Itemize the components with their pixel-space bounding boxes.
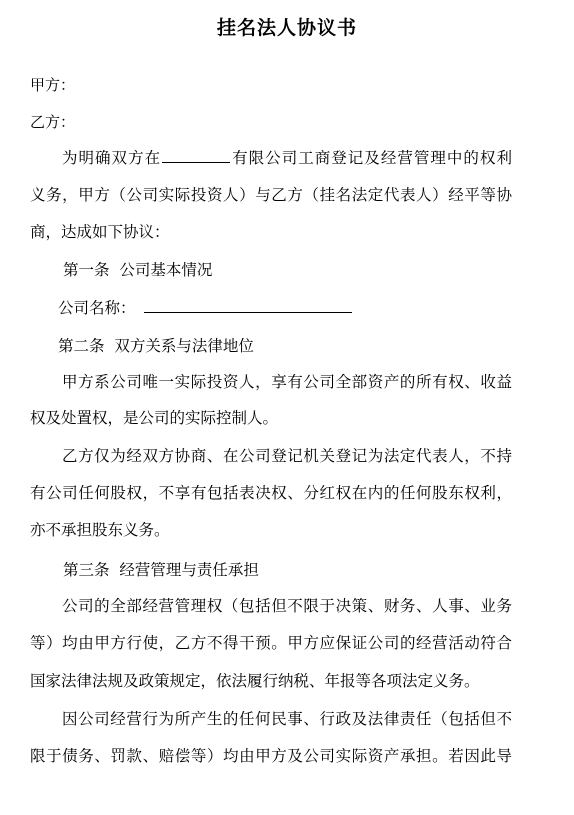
- article-2-heading: 第二条 双方关系与法律地位: [58, 335, 254, 357]
- company-name-label: 公司名称：: [58, 299, 136, 317]
- preamble-text-before-blank: 为明确双方在: [62, 149, 161, 167]
- article-3-para-1-line-1: 公司的全部经营管理权（包括但不限于决策、财务、人事、业务: [62, 595, 512, 617]
- company-name-blank[interactable]: [162, 148, 230, 163]
- party-b-label: 乙方：: [30, 111, 75, 133]
- article-2-para-2-line-1: 乙方仅为经双方协商、在公司登记机关登记为法定代表人，不持: [62, 445, 512, 467]
- article-1-heading: 第一条 公司基本情况: [63, 259, 212, 281]
- company-name-field[interactable]: [144, 298, 352, 313]
- article-2-para-2-line-3: 亦不承担股东义务。: [30, 519, 512, 541]
- article-3-para-2-line-2: 限于债务、罚款、赔偿等）均由甲方及公司实际资产承担。若因此导: [30, 745, 512, 767]
- article-2-para-1-line-1: 甲方系公司唯一实际投资人，享有公司全部资产的所有权、收益: [62, 371, 512, 393]
- preamble-line-1: 为明确双方在有限公司工商登记及经营管理中的权利: [62, 147, 512, 169]
- preamble-text-after-blank: 有限公司工商登记及经营管理中的权利: [231, 149, 512, 167]
- article-3-heading: 第三条 经营管理与责任承担: [63, 559, 259, 581]
- article-3-para-2-line-1: 因公司经营行为所产生的任何民事、行政及法律责任（包括但不: [62, 708, 512, 730]
- party-a-label: 甲方：: [30, 74, 75, 96]
- article-2-para-2-line-2: 有公司任何股权，不享有包括表决权、分红权在内的任何股东权利，: [30, 482, 512, 504]
- document-title: 挂名法人协议书: [0, 14, 574, 42]
- article-2-para-1-line-2: 权及处置权，是公司的实际控制人。: [30, 407, 512, 429]
- preamble-line-3: 商，达成如下协议：: [30, 221, 512, 243]
- company-name-row: 公司名称：: [58, 297, 352, 319]
- article-3-para-1-line-3: 国家法律法规及政策规定，依法履行纳税、年报等各项法定义务。: [30, 670, 512, 692]
- article-3-para-1-line-2: 等）均由甲方行使，乙方不得干预。甲方应保证公司的经营活动符合: [30, 632, 512, 654]
- preamble-line-2: 义务，甲方（公司实际投资人）与乙方（挂名法定代表人）经平等协: [30, 184, 512, 206]
